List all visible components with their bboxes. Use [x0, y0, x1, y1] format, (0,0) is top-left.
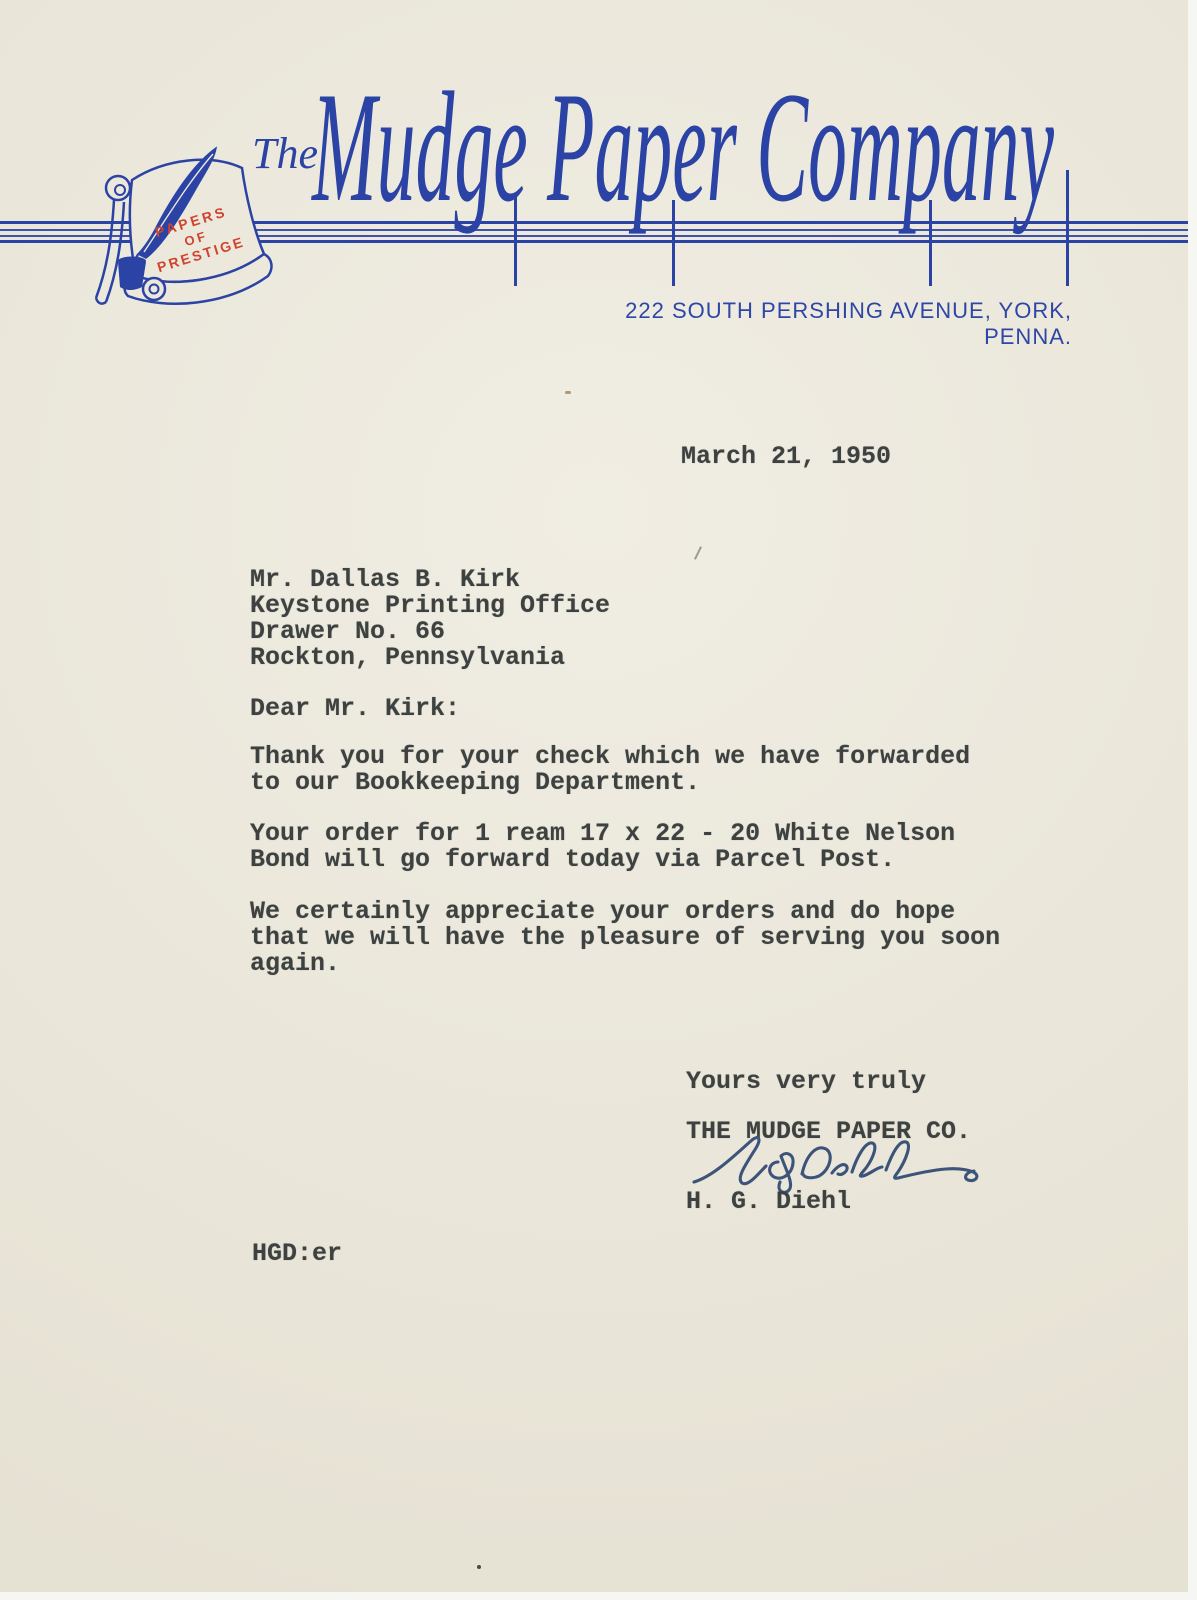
- scan-speck: [477, 1565, 481, 1569]
- scroll-curl-bottom: [143, 278, 165, 300]
- scan-scratch-mark: [694, 546, 702, 559]
- signature-stroke: [694, 1138, 977, 1193]
- scroll-tail: [96, 200, 124, 304]
- salutation: Dear Mr. Kirk:: [250, 696, 460, 722]
- scan-edge-bottom: [0, 1592, 1197, 1600]
- letter-date: March 21, 1950: [681, 444, 891, 470]
- company-name-text: Mudge Paper Company: [311, 60, 1054, 235]
- letterhead-address: 222 SOUTH PERSHING AVENUE, YORK, PENNA.: [612, 298, 1072, 350]
- body-paragraph-2: Your order for 1 ream 17 x 22 - 20 White…: [250, 821, 955, 873]
- letterhead-company-script: Mudge Paper Company: [312, 50, 1082, 250]
- scroll-quill-emblem: PAPERS OF PRESTIGE: [66, 142, 298, 328]
- signature-typed-name: H. G. Diehl: [686, 1189, 851, 1215]
- closing-phrase: Yours very truly: [686, 1069, 926, 1095]
- body-paragraph-3: We certainly appreciate your orders and …: [250, 899, 1000, 977]
- scan-speck: [565, 391, 571, 394]
- typist-reference: HGD:er: [252, 1241, 342, 1267]
- inkwell-mouth: [118, 257, 146, 266]
- body-paragraph-1: Thank you for your check which we have f…: [250, 744, 970, 796]
- recipient-address: Mr. Dallas B. Kirk Keystone Printing Off…: [250, 567, 610, 671]
- scan-edge-right: [1188, 0, 1197, 1600]
- letter-page: The Mudge Paper Company PAPERS OF PRESTI…: [0, 0, 1197, 1600]
- scroll-curl-top: [106, 176, 130, 200]
